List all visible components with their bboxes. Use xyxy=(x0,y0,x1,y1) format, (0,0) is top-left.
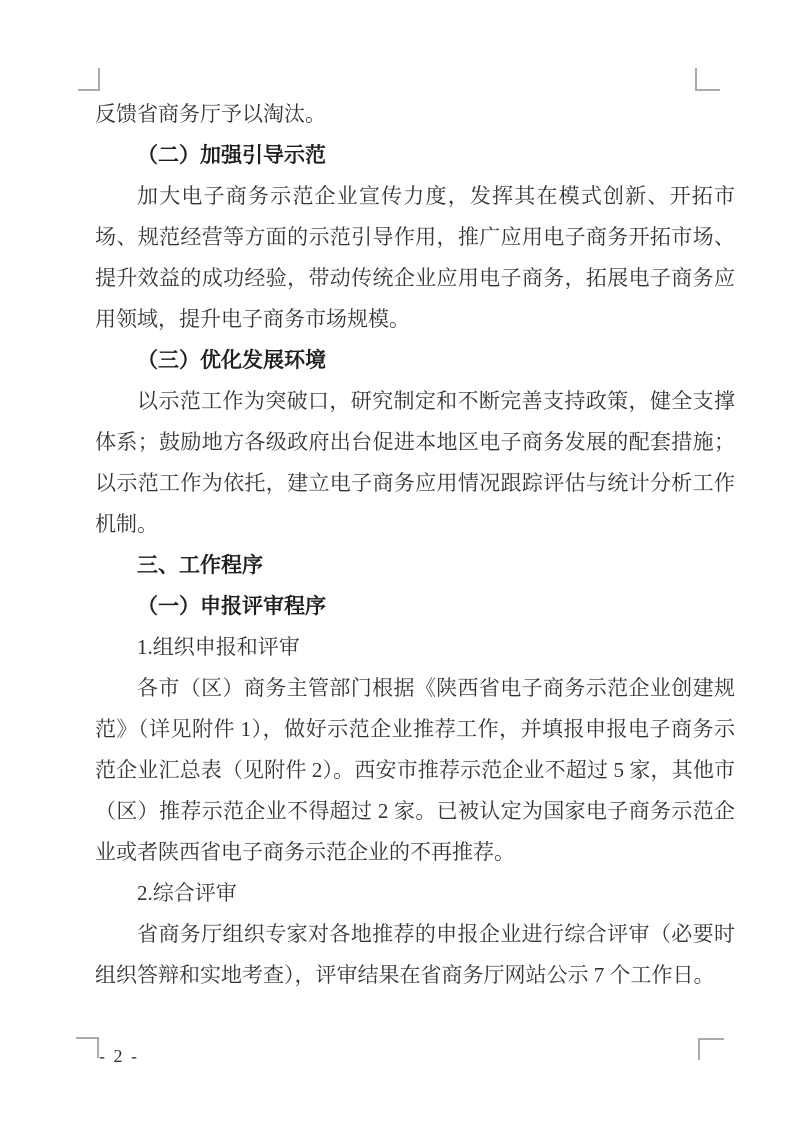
document-page: 反馈省商务厅予以淘汰。 （二）加强引导示范 加大电子商务示范企业宣传力度，发挥其… xyxy=(0,0,800,1134)
subheading-1: 1.组织申报和评审 xyxy=(95,627,735,668)
paragraph-review: 省商务厅组织专家对各地推荐的申报企业进行综合评审（必要时组织答辩和实地考查），评… xyxy=(95,914,735,996)
paragraph-application: 各市（区）商务主管部门根据《陕西省电子商务示范企业创建规范》（详见附件 1），做… xyxy=(95,668,735,873)
document-body: 反馈省商务厅予以淘汰。 （二）加强引导示范 加大电子商务示范企业宣传力度，发挥其… xyxy=(95,94,735,996)
heading-item-3: （三）优化发展环境 xyxy=(95,340,735,381)
crop-mark-bottom-right xyxy=(698,1038,724,1060)
heading-item-1: （一）申报评审程序 xyxy=(95,586,735,627)
crop-mark-bottom-left xyxy=(76,1037,99,1058)
crop-mark-top-right xyxy=(695,68,720,91)
paragraph-environment: 以示范工作为突破口，研究制定和不断完善支持政策，健全支撑体系；鼓励地方各级政府出… xyxy=(95,381,735,545)
heading-item-2: （二）加强引导示范 xyxy=(95,135,735,176)
subheading-2: 2.综合评审 xyxy=(95,873,735,914)
paragraph-guidance-demo: 加大电子商务示范企业宣传力度，发挥其在模式创新、开拓市场、规范经营等方面的示范引… xyxy=(95,176,735,340)
heading-section-3: 三、工作程序 xyxy=(95,545,735,586)
page-number: - 2 - xyxy=(99,1046,139,1067)
crop-mark-top-left xyxy=(78,68,100,91)
paragraph-continued: 反馈省商务厅予以淘汰。 xyxy=(95,94,735,135)
